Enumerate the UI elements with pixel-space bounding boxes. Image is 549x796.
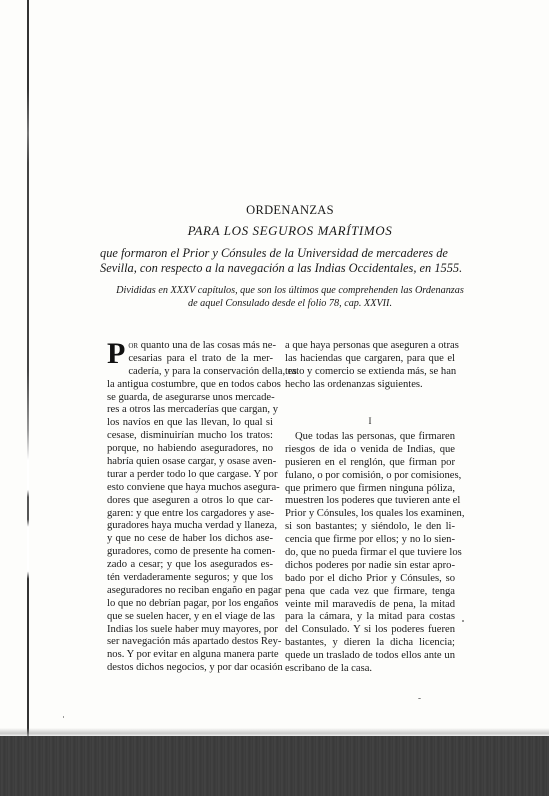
body-line: turar a perder todo lo que cargase. Y po… — [107, 469, 273, 482]
body-line: habría quien osase cargar, y osase aven- — [107, 456, 273, 469]
body-line: fulano, o por comisión, o por comisiones… — [285, 470, 455, 483]
smallcaps-opening: or — [128, 340, 138, 351]
body-line: zado a cesar; y que los asegurados es- — [107, 559, 273, 572]
title-block: ORDENANZAS PARA LOS SEGUROS MARÍTIMOS qu… — [100, 203, 480, 310]
body-line: pusieren en el renglón, que firman por — [285, 457, 455, 470]
left-column: P or quanto una de las cosas más ne- ces… — [107, 340, 273, 675]
body-line: los navíos en que las llevan, lo qual si — [107, 417, 273, 430]
body-line: trato y comercio se extienda más, se han — [285, 366, 455, 379]
body-line: que se suelen hacer, y en el viage de la… — [107, 611, 273, 624]
body-line: para la cámara, y la mitad para costas — [285, 611, 455, 624]
description-line: Sevilla, con respecto a la navegación a … — [100, 261, 480, 276]
body-line: lo que no debrían pagar, por los engaños — [107, 598, 273, 611]
body-line: veinte mil maravedís de pena, la mitad — [285, 599, 455, 612]
body-line: y que no cese de haber los dichos ase- — [107, 533, 273, 546]
scan-speck — [418, 698, 421, 699]
body-line: riesgos de ida o venida de Indias, que — [285, 444, 455, 457]
body-line: dichos poderes por nadie sin estar apro- — [285, 560, 455, 573]
section-one-text: Que todas las personas, que firmaren rie… — [285, 431, 455, 676]
body-line: res a otros las mercaderías que cargan, … — [107, 404, 273, 417]
scan-speck — [63, 716, 64, 718]
body-line: si son bastantes; y siéndolo, le den li- — [285, 521, 455, 534]
body-line: escribano de la casa. — [285, 663, 455, 676]
body-line: porque, no habiendo aseguradores, no — [107, 443, 273, 456]
division-line: de aquel Consulado desde el folio 78, ca… — [100, 297, 480, 310]
body-line: Que todas las personas, que firmaren — [285, 431, 455, 444]
body-line: ser navegación más apartado destos Rey- — [107, 636, 273, 649]
division-note: Divididas en XXXV capítulos, que son los… — [100, 284, 480, 310]
body-line: or quanto una de las cosas más ne- — [107, 340, 273, 353]
description-line: que formaron el Prior y Cónsules de la U… — [100, 246, 480, 261]
body-line: destos dichos negocios, y por dar ocasió… — [107, 662, 273, 675]
document-description: que formaron el Prior y Cónsules de la U… — [100, 246, 480, 275]
body-line: a que haya personas que aseguren a otras — [285, 340, 455, 353]
body-line: pena que cada vez que firmare, tenga — [285, 586, 455, 599]
body-line: cencia que firme por ellos; y no lo sien… — [285, 534, 455, 547]
body-line: guradores haya mucha verdad y llaneza, — [107, 520, 273, 533]
body-line: del Consulado. Y si los poderes fueren — [285, 624, 455, 637]
body-line: bastantes, y dieren la dicha licencia; — [285, 637, 455, 650]
body-line: guradores, como de presente ha comen- — [107, 546, 273, 559]
body-line: que primero que firmen ninguna póliza, — [285, 483, 455, 496]
body-line: dores que aseguren a otros lo que car- — [107, 495, 273, 508]
body-line: aseguradores no reciban engaño en pagar — [107, 585, 273, 598]
body-line: nos. Y por evitar en alguna manera parte — [107, 649, 273, 662]
body-line: esto conviene que haya muchos asegura- — [107, 482, 273, 495]
scan-speck — [462, 620, 464, 622]
page-binding-edge — [27, 0, 29, 742]
right-column-intro: a que haya personas que aseguren a otras… — [285, 340, 455, 392]
body-line: Indias los suele haber muy mayores, por — [107, 624, 273, 637]
body-line: cesarias para el trato de la mer- — [107, 353, 273, 366]
document-title: ORDENANZAS — [100, 203, 480, 217]
body-line: do, que no pueda firmar el que tuviere l… — [285, 547, 455, 560]
body-line: la antigua costumbre, que en todos cabos — [107, 379, 273, 392]
body-line: tén verdaderamente seguros; y que los — [107, 572, 273, 585]
body-line: muestren los poderes que tuvieren ante e… — [285, 495, 455, 508]
division-line: Divididas en XXXV capítulos, que son los… — [100, 284, 480, 297]
body-line: quede un traslado de todos ellos ante un — [285, 650, 455, 663]
body-line: bado por el dicho Prior y Cónsules, so — [285, 573, 455, 586]
body-line: se guarda, de asegurarse unos mercade- — [107, 392, 273, 405]
body-line: hecho las ordenanzas siguientes. — [285, 379, 455, 392]
body-line: cesase, disminuirían mucho los tratos: — [107, 430, 273, 443]
body-line: garen: y que entre los cargadores y ase- — [107, 508, 273, 521]
section-number: I — [285, 416, 455, 426]
scanner-bed-background — [0, 736, 549, 796]
document-subtitle: PARA LOS SEGUROS MARÍTIMOS — [100, 223, 480, 238]
drop-cap: P — [107, 342, 125, 366]
body-line: las haciendas que cargaren, para que el — [285, 353, 455, 366]
body-line: cadería, y para la conservación della, e… — [107, 366, 273, 379]
body-line: Prior y Cónsules, los quales los examine… — [285, 508, 455, 521]
